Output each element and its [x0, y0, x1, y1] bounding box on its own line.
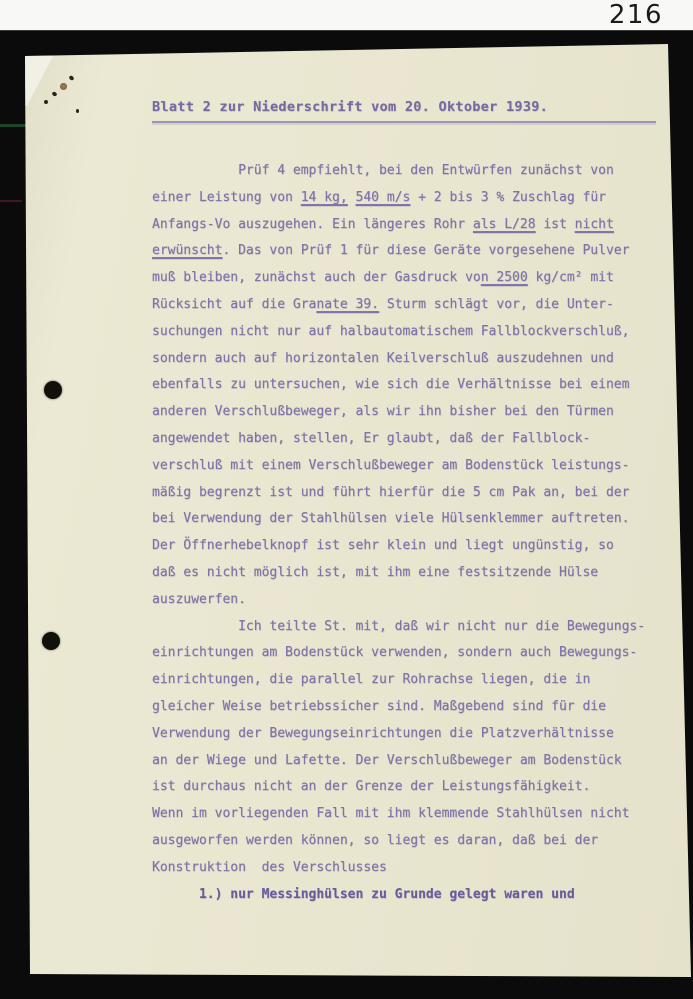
document-line: gleicher Weise betriebssicher sind. Maßg… [152, 694, 645, 721]
document-line: ebenfalls zu untersuchen, wie sich die V… [152, 372, 645, 399]
text-segment: anderen Verschlußbeweger, als wir ihn bi… [152, 404, 614, 419]
text-segment [348, 190, 356, 205]
underlined-text: n 2500 [481, 270, 528, 285]
text-segment: Der Öffnerhebelknopf ist sehr klein und … [152, 538, 614, 553]
text-segment: gleicher Weise betriebssicher sind. Maßg… [152, 699, 606, 714]
text-segment: Sturm schlägt vor, die Unter- [379, 297, 614, 312]
document-line: einer Leistung von 14 kg, 540 m/s + 2 bi… [152, 185, 645, 212]
text-segment: daß es nicht möglich ist, mit ihm eine f… [152, 565, 598, 580]
document-line: suchungen nicht nur auf halbautomatische… [152, 319, 645, 346]
underlined-text: erwünscht [152, 243, 222, 258]
document-line: Konstruktion des Verschlusses [152, 855, 645, 882]
text-segment: angewendet haben, stellen, Er glaubt, da… [152, 431, 590, 446]
document-line: verschluß mit einem Verschlußbeweger am … [152, 453, 645, 480]
text-segment: einrichtungen, die parallel zur Rohrachs… [152, 672, 590, 687]
document-line: angewendet haben, stellen, Er glaubt, da… [152, 426, 645, 453]
document-line: Prüf 4 empfiehlt, bei den Entwürfen zunä… [152, 158, 645, 185]
text-segment: Rücksicht auf die Gra [152, 297, 316, 312]
text-segment: auszuwerfen. [152, 592, 246, 607]
archive-page-number: 216 [609, 2, 663, 28]
document-line: Rücksicht auf die Granate 39. Sturm schl… [152, 292, 645, 319]
document-line: Ich teilte St. mit, daß wir nicht nur di… [152, 614, 645, 641]
heading-underline [152, 121, 656, 123]
document-line: sondern auch auf horizontalen Keilversch… [152, 346, 645, 373]
text-segment: Anfangs-Vo auszugehen. Ein längeres Rohr [152, 217, 473, 232]
text-segment: Prüf 4 empfiehlt, bei den Entwürfen zunä… [152, 163, 614, 178]
staple-mark [44, 100, 48, 104]
document-line: Der Öffnerhebelknopf ist sehr klein und … [152, 533, 645, 560]
text-segment: suchungen nicht nur auf halbautomatische… [152, 324, 629, 339]
underlined-text: nicht [575, 217, 614, 232]
punch-hole-top [44, 381, 62, 399]
text-segment: Konstruktion des Verschlusses [152, 860, 387, 875]
text-segment: einrichtungen am Bodenstück verwenden, s… [152, 645, 637, 660]
document-line: einrichtungen am Bodenstück verwenden, s… [152, 640, 645, 667]
document-line: an der Wiege und Lafette. Der Verschlußb… [152, 748, 645, 775]
margin-mark-green [0, 124, 26, 127]
document-line: daß es nicht möglich ist, mit ihm eine f… [152, 560, 645, 587]
text-segment: muß bleiben, zunächst auch der Gasdruck … [152, 270, 481, 285]
document-page: Blatt 2 zur Niederschrift vom 20. Oktobe… [25, 44, 691, 978]
text-segment: bei Verwendung der Stahlhülsen viele Hül… [152, 511, 629, 526]
text-segment: kg/cm² mit [528, 270, 614, 285]
corner-fold [25, 50, 73, 106]
document-line: auszuwerfen. [152, 587, 645, 614]
underlined-text: 540 m/s [356, 190, 411, 205]
document-line: ist durchaus nicht an der Grenze der Lei… [152, 774, 645, 801]
document-line: ausgeworfen werden können, so liegt es d… [152, 828, 645, 855]
margin-mark-red [0, 200, 22, 202]
text-segment: ist durchaus nicht an der Grenze der Lei… [152, 779, 590, 794]
scanned-archive-page: { "page_number": "216", "colors": { "bac… [0, 0, 693, 999]
text-segment: ist [536, 217, 575, 232]
text-segment: an der Wiege und Lafette. Der Verschlußb… [152, 753, 622, 768]
rust-spot [60, 83, 67, 90]
underlined-text: 14 kg, [301, 190, 348, 205]
text-segment: Verwendung der Bewegungseinrichtungen di… [152, 726, 614, 741]
underlined-text: als L/28 [473, 217, 536, 232]
scanner-margin-strip: 216 [0, 0, 693, 31]
text-segment: mäßig begrenzt ist und führt hierfür die… [152, 485, 629, 500]
document-body: Prüf 4 empfiehlt, bei den Entwürfen zunä… [152, 158, 645, 908]
text-segment: verschluß mit einem Verschlußbeweger am … [152, 458, 629, 473]
document-line: Anfangs-Vo auszugehen. Ein längeres Rohr… [152, 212, 645, 239]
text-segment: ebenfalls zu untersuchen, wie sich die V… [152, 377, 629, 392]
text-segment: einer Leistung von [152, 190, 301, 205]
document-line: 1.) nur Messinghülsen zu Grunde gelegt w… [152, 882, 645, 909]
text-segment: . Das von Prüf 1 für diese Geräte vorges… [222, 243, 629, 258]
document-line: anderen Verschlußbeweger, als wir ihn bi… [152, 399, 645, 426]
text-segment: 1.) nur Messinghülsen zu Grunde gelegt w… [152, 887, 575, 902]
text-segment: Wenn im vorliegenden Fall mit ihm klemme… [152, 806, 629, 821]
text-segment: + 2 bis 3 % Zuschlag für [410, 190, 606, 205]
text-segment: sondern auch auf horizontalen Keilversch… [152, 351, 614, 366]
document-heading: Blatt 2 zur Niederschrift vom 20. Oktobe… [152, 99, 548, 115]
text-segment: ausgeworfen werden können, so liegt es d… [152, 833, 598, 848]
document-line: Verwendung der Bewegungseinrichtungen di… [152, 721, 645, 748]
text-segment: Ich teilte St. mit, daß wir nicht nur di… [152, 619, 645, 634]
document-line: mäßig begrenzt ist und führt hierfür die… [152, 480, 645, 507]
document-line: Wenn im vorliegenden Fall mit ihm klemme… [152, 801, 645, 828]
document-line: einrichtungen, die parallel zur Rohrachs… [152, 667, 645, 694]
document-line: muß bleiben, zunächst auch der Gasdruck … [152, 265, 645, 292]
document-line: erwünscht. Das von Prüf 1 für diese Gerä… [152, 238, 645, 265]
staple-mark [76, 109, 79, 113]
underlined-text: nate 39. [316, 297, 379, 312]
document-line: bei Verwendung der Stahlhülsen viele Hül… [152, 506, 645, 533]
punch-hole-bottom [42, 632, 60, 650]
